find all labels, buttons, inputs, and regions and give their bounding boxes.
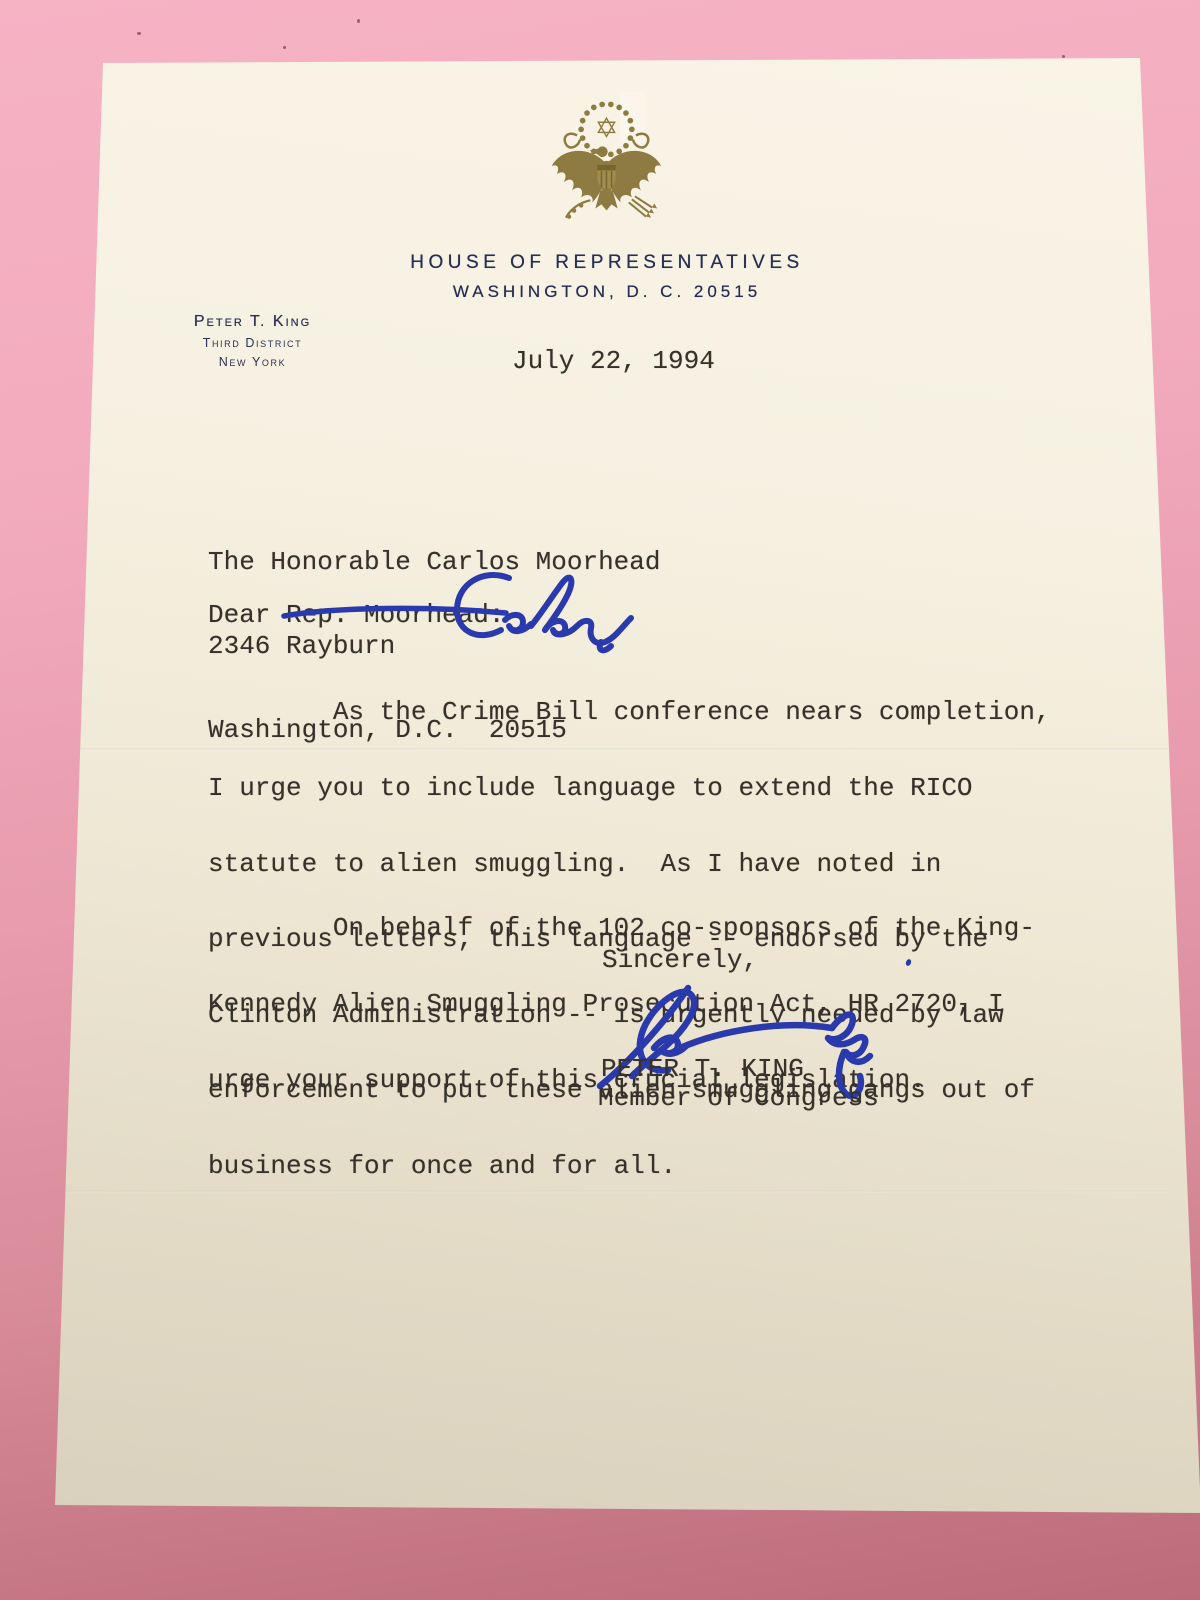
dust-speck [137,32,141,35]
letterhead-org-line: HOUSE OF REPRESENTATIVES [7,252,1200,274]
body-line: business for once and for all. [208,1154,1051,1179]
dust-speck [1062,55,1065,58]
great-seal-icon [543,103,671,245]
signer-name: PETER T. KING [601,1057,804,1082]
member-block: Peter T. King Third District New York [155,313,350,369]
salutation-prefix: Dear [208,600,286,630]
dust-speck [283,46,286,49]
member-district: Third District [155,336,350,350]
letterhead-address-line: WASHINGTON, D. C. 20515 [7,282,1200,302]
date-line: July 22, 1994 [512,349,715,374]
handwritten-carlos-icon [443,568,648,656]
member-name: Peter T. King [155,313,350,331]
letter-paper: HOUSE OF REPRESENTATIVES WASHINGTON, D. … [0,0,1200,1600]
body-line: As the Crime Bill conference nears compl… [208,700,1051,725]
dust-speck [357,19,360,23]
body-line: On behalf of the 102 co-sponsors of the … [208,916,1035,941]
body-line: I urge you to include language to extend… [208,776,1051,801]
signer-title: Member of Congress [598,1086,879,1111]
member-state: New York [155,355,350,369]
closing-line: Sincerely, [602,948,758,973]
